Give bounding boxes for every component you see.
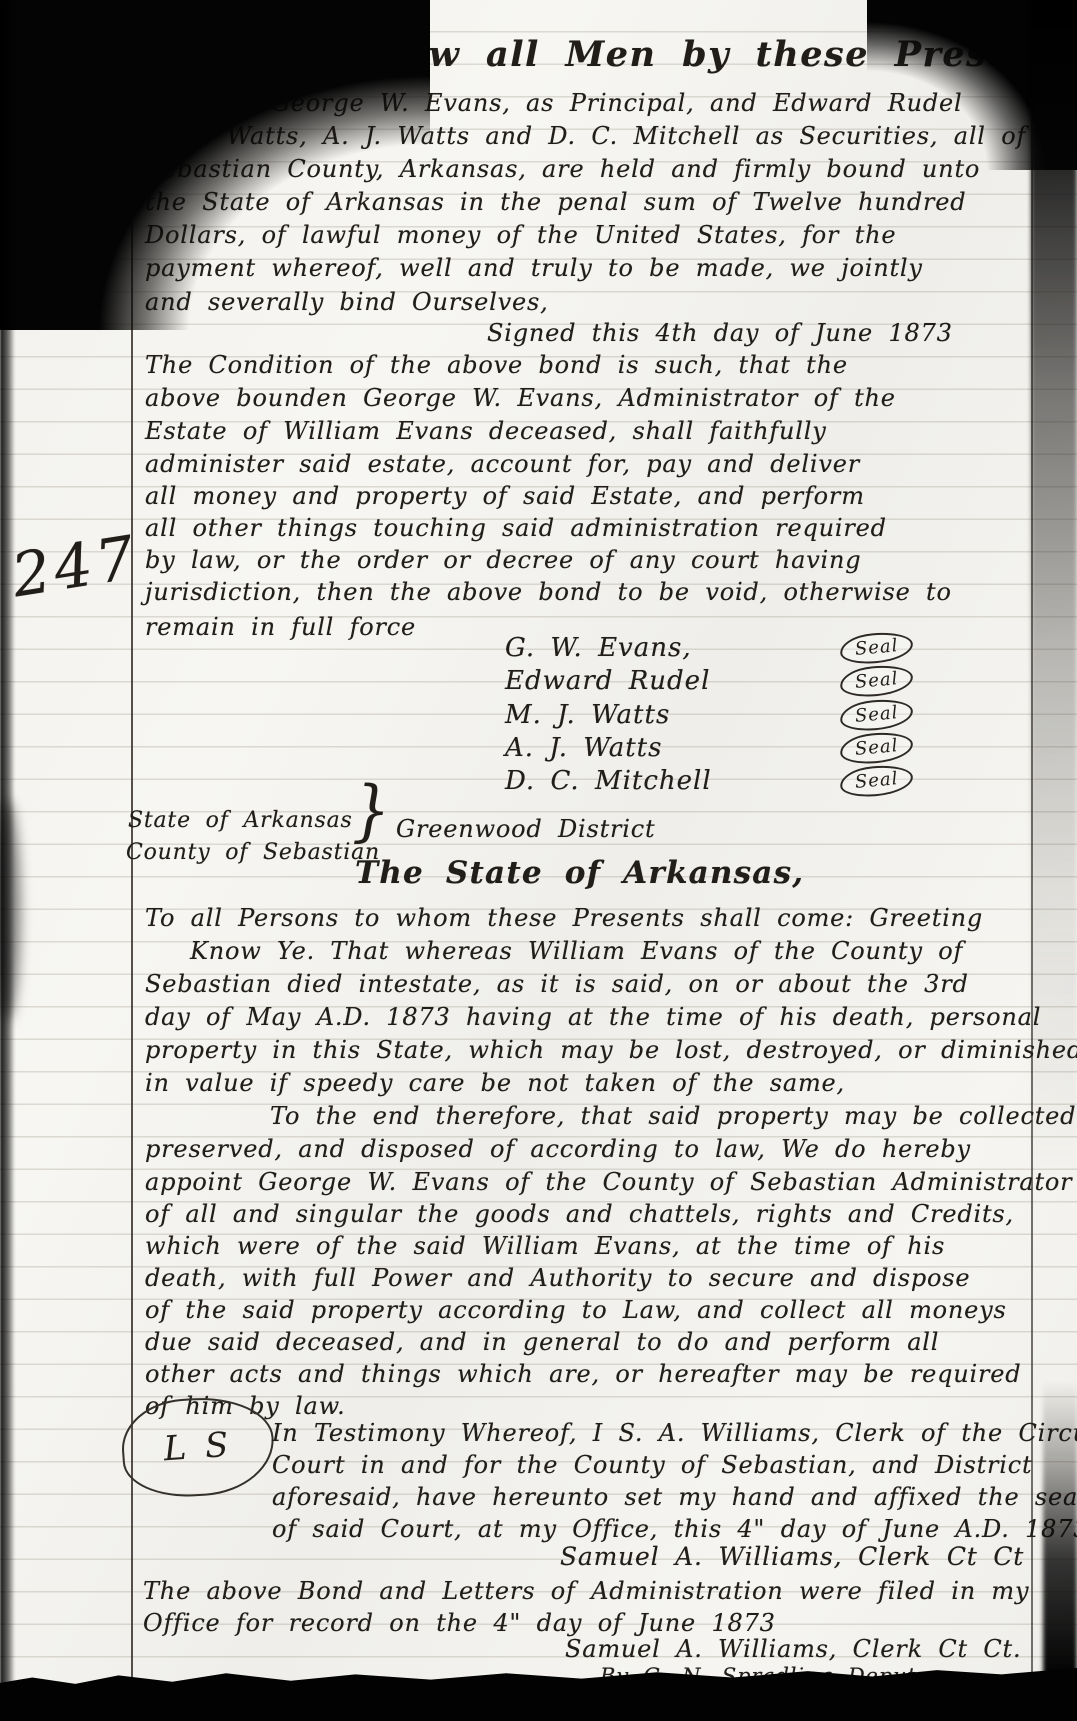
signed-date-line: Signed this 4th day of June 1873 (487, 318, 953, 348)
seal-flourish: Seal (838, 763, 914, 799)
condition-text-line: remain in full force (145, 612, 416, 642)
letters-text-line: death, with full Power and Authority to … (145, 1263, 970, 1293)
letters-text-line: which were of the said William Evans, at… (145, 1231, 945, 1261)
scan-band-bottom (0, 1668, 1077, 1721)
document-page: 247 Know all Men by these Presents, That… (0, 0, 1077, 1721)
signature-name: Edward Rudel (505, 666, 710, 696)
testimony-text-line: aforesaid, have hereunto set my hand and… (272, 1482, 1077, 1512)
jurat-brace: } (352, 795, 391, 828)
scan-edge-right-bottom (1043, 1381, 1077, 1681)
letters-text-line: due said deceased, and in general to do … (145, 1327, 939, 1357)
signature-row: A. J. Watts Seal (505, 733, 913, 763)
testimony-text-line: of said Court, at my Office, this 4" day… (272, 1514, 1077, 1544)
condition-text-line: by law, or the order or decree of any co… (145, 545, 861, 575)
letters-text-line: To the end therefore, that said property… (270, 1101, 1077, 1131)
condition-text-line: The Condition of the above bond is such,… (145, 350, 848, 380)
letters-text-line: in value if speedy care be not taken of … (145, 1068, 845, 1098)
condition-text-line: jurisdiction, then the above bond to be … (145, 577, 952, 607)
testimony-text-line: Court in and for the County of Sebastian… (272, 1450, 1032, 1480)
condition-text-line: above bounden George W. Evans, Administr… (145, 383, 896, 413)
letters-text-line: appoint George W. Evans of the County of… (145, 1167, 1072, 1197)
seal-flourish: Seal (838, 630, 914, 666)
clerk-signature: Samuel A. Williams, Clerk Ct Ct. (565, 1634, 1021, 1664)
filing-text-line: The above Bond and Letters of Administra… (143, 1576, 1029, 1606)
scan-edge-right (1031, 0, 1077, 1180)
signature-name: G. W. Evans, (505, 633, 692, 663)
seal-flourish: Seal (838, 663, 914, 699)
signature-name: D. C. Mitchell (505, 766, 712, 796)
scan-blot-left (0, 800, 20, 1020)
letters-text-line: other acts and things which are, or here… (145, 1359, 1021, 1389)
letters-text-line: of all and singular the goods and chatte… (145, 1199, 1014, 1229)
signature-row: D. C. Mitchell Seal (505, 766, 913, 796)
clerk-signature: Samuel A. Williams, Clerk Ct Ct (560, 1542, 1024, 1572)
seal-flourish: Seal (838, 697, 914, 733)
condition-text-line: all money and property of said Estate, a… (145, 481, 865, 511)
signature-name: M. J. Watts (505, 700, 670, 730)
condition-text-line: administer said estate, account for, pay… (145, 449, 860, 479)
letters-text-line: Sebastian died intestate, as it is said,… (145, 969, 969, 999)
condition-text-line: all other things touching said administr… (145, 513, 887, 543)
condition-text-line: Estate of William Evans deceased, shall … (145, 416, 827, 446)
signature-row: Edward Rudel Seal (505, 666, 913, 696)
scan-corner-top-left (0, 0, 430, 330)
signature-row: M. J. Watts Seal (505, 700, 913, 730)
signature-row: G. W. Evans, Seal (505, 633, 913, 663)
letters-text-line: property in this State, which may be los… (145, 1035, 1077, 1065)
jurat-district-label: Greenwood District (396, 814, 655, 844)
letters-text-line: Know Ye. That whereas William Evans of t… (190, 936, 963, 966)
margin-page-number: 247 (10, 542, 140, 591)
letters-text-line: of the said property according to Law, a… (145, 1295, 1007, 1325)
jurat-state-line: State of Arkansas (128, 806, 353, 836)
seal-flourish: Seal (838, 730, 914, 766)
letters-heading: The State of Arkansas, (355, 858, 804, 888)
letters-text-line: preserved, and disposed of according to … (145, 1134, 971, 1164)
letters-text-line: To all Persons to whom these Presents sh… (145, 903, 983, 933)
jurat-county-line: County of Sebastian (126, 838, 380, 868)
signature-name: A. J. Watts (505, 733, 662, 763)
testimony-text-line: In Testimony Whereof, I S. A. Williams, … (272, 1418, 1077, 1448)
letters-text-line: day of May A.D. 1873 having at the time … (145, 1002, 1041, 1032)
